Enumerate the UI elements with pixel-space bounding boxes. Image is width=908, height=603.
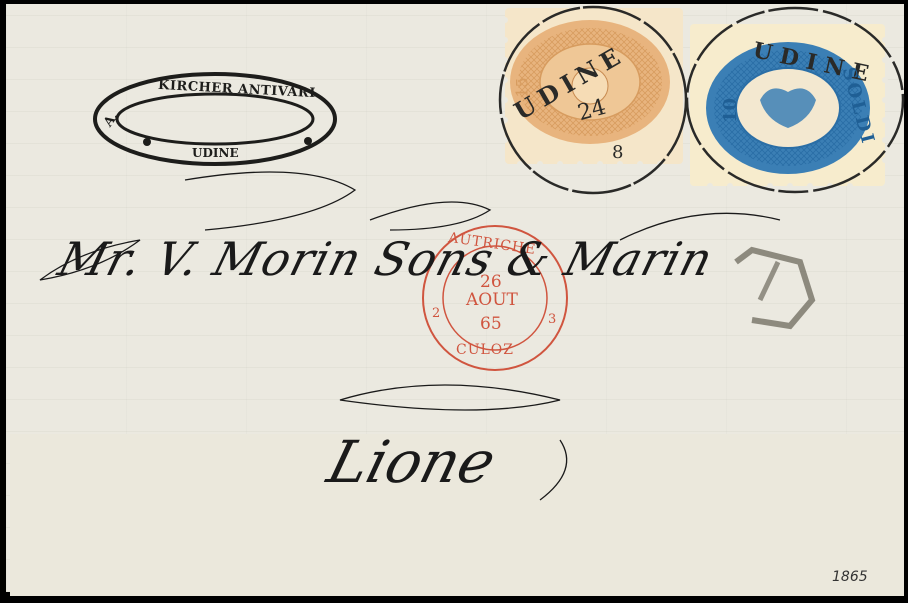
address-line-city: Lione	[321, 428, 503, 496]
handwritten-address-flourishes	[0, 0, 908, 603]
address-line-recipient: Mr. V. Morin Sons & Marin	[53, 232, 719, 286]
year-annotation: 1865	[832, 569, 868, 585]
